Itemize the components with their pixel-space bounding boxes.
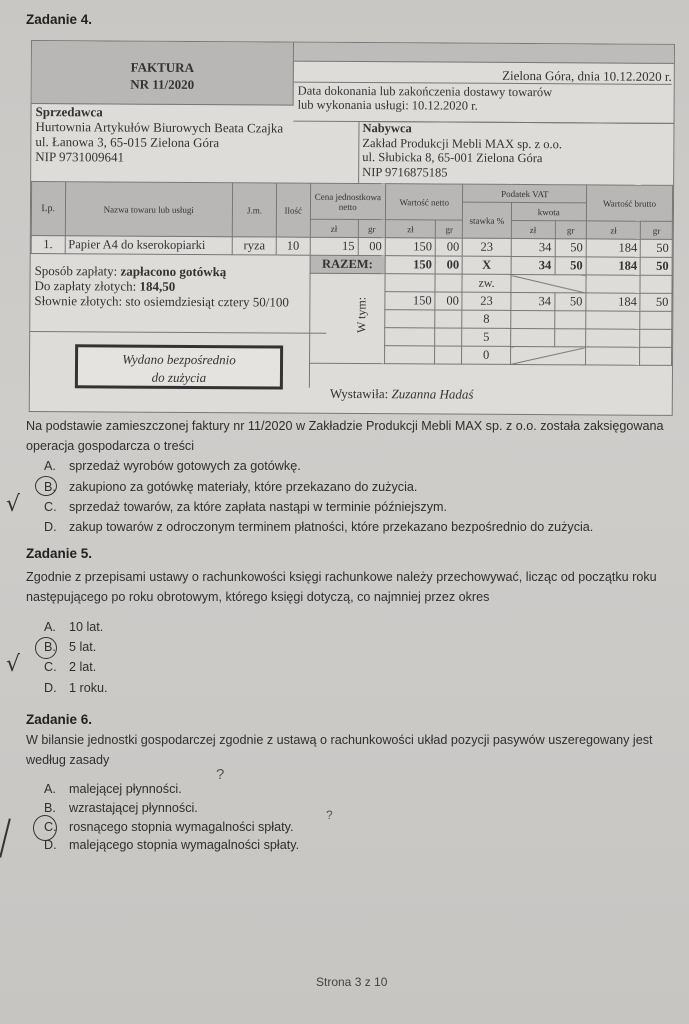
- bd-net-gr: [435, 328, 462, 346]
- buyer-nip: NIP 9716875185: [362, 165, 672, 181]
- task-6-title: Zadanie 6.: [26, 712, 92, 727]
- col-unit: J.m.: [232, 183, 276, 237]
- task-5-option-c[interactable]: C.2 lat.: [44, 660, 96, 674]
- bd-gross-gr: [640, 275, 672, 293]
- question-mark-icon: ?: [326, 808, 333, 822]
- col-zl: zł: [310, 219, 358, 237]
- issued-by-name: Zuzanna Hadaś: [391, 386, 473, 402]
- col-gross: Wartość brutto: [586, 185, 672, 222]
- item-price-zl: 15: [310, 237, 358, 255]
- option-text: malejącego stopnia wymagalności spłaty.: [69, 838, 299, 852]
- item-unit: ryza: [232, 237, 276, 255]
- task-4-option-d[interactable]: D.zakup towarów z odroczonym terminem pł…: [44, 520, 593, 534]
- task-4-option-b[interactable]: B.zakupiono za gotówkę materiały, które …: [44, 480, 417, 494]
- option-letter: D.: [44, 681, 69, 695]
- buyer-label: Nabywca: [362, 121, 411, 135]
- col-net-value: Wartość netto: [385, 184, 463, 220]
- total-net-zl: 150: [385, 256, 435, 274]
- bd-rate: zw.: [462, 274, 510, 292]
- option-letter: A.: [44, 782, 69, 796]
- task-5-option-d[interactable]: D.1 roku.: [44, 681, 108, 695]
- issued-by: Wystawiła: Zuzanna Hadaś: [330, 386, 474, 403]
- bd-net-zl: [385, 274, 435, 292]
- task-5-title: Zadanie 5.: [26, 546, 92, 561]
- task-6-option-a[interactable]: A.malejącej płynności.: [44, 782, 182, 796]
- invoice-buyer: Nabywca Zakład Produkcji Mebli MAX sp. z…: [362, 121, 672, 181]
- option-text: malejącej płynności.: [69, 782, 182, 796]
- stamp-line-1: Wydano bezpośrednio: [78, 350, 280, 369]
- option-text: 5 lat.: [69, 640, 96, 654]
- invoice-place-date: Zielona Góra, dnia 10.12.2020 r.: [294, 61, 672, 85]
- option-letter: D.: [44, 520, 69, 534]
- page-number: Strona 3 z 10: [316, 975, 387, 989]
- bd-net-gr: 00: [435, 292, 462, 310]
- bd-net-zl: [385, 310, 435, 328]
- bd-gross-zl: [586, 275, 641, 293]
- bd-vat-zl: 34: [510, 292, 554, 310]
- bd-gross-gr: [640, 329, 672, 347]
- bd-rate: 23: [462, 292, 510, 310]
- total-rate: X: [463, 256, 511, 274]
- col-gr: gr: [436, 220, 463, 238]
- item-net-zl: 150: [385, 238, 435, 256]
- bd-gross-zl: [586, 329, 641, 347]
- col-name: Nazwa towaru lub usługi: [65, 182, 233, 237]
- col-qty: Ilość: [276, 183, 310, 237]
- item-name: Papier A4 do kserokopiarki: [65, 236, 233, 255]
- task-5-question: Zgodnie z przepisami ustawy o rachunkowo…: [26, 567, 676, 607]
- buyer-address: ul. Słubicka 8, 65-001 Zielona Góra: [362, 150, 672, 166]
- task-6-option-c[interactable]: C.rosnącego stopnia wymagalności spłaty.: [44, 820, 293, 834]
- item-lp: 1.: [31, 236, 65, 254]
- bd-rate: 5: [462, 328, 510, 346]
- bd-net-zl: [385, 346, 435, 364]
- option-text: sprzedaż towarów, za które zapłata nastą…: [69, 500, 447, 514]
- col-zl: zł: [385, 220, 435, 238]
- invoice: FAKTURA NR 11/2020 Zielona Góra, dnia 10…: [29, 40, 675, 416]
- bd-gross-gr: [640, 311, 672, 329]
- option-text: 1 roku.: [69, 681, 108, 695]
- bd-vat-zl: [510, 328, 554, 346]
- task-4-option-c[interactable]: C.sprzedaż towarów, za które zapłata nas…: [44, 500, 447, 514]
- task-5-option-a[interactable]: A.10 lat.: [44, 620, 103, 634]
- invoice-header: FAKTURA NR 11/2020: [32, 41, 294, 106]
- bd-vat-gr: [554, 329, 586, 347]
- item-net-gr: 00: [435, 238, 462, 256]
- bd-rate: 8: [462, 310, 510, 328]
- col-lp: Lp.: [31, 182, 65, 236]
- total-vat-gr: 50: [555, 257, 587, 275]
- amount-due-label: Do zapłaty złotych:: [34, 278, 139, 294]
- bd-gross-gr: [640, 347, 672, 365]
- bd-gross-zl: [586, 347, 641, 365]
- option-letter: A.: [44, 620, 69, 634]
- option-text: zakupiono za gotówkę materiały, które pr…: [69, 480, 417, 494]
- checkmark-icon: √: [6, 492, 20, 517]
- answer-circle-mark: [33, 815, 57, 841]
- item-vat-gr: 50: [555, 239, 587, 257]
- invoice-title: FAKTURA: [32, 58, 293, 77]
- col-gr: gr: [358, 220, 385, 238]
- issued-by-label: Wystawiła:: [330, 386, 392, 401]
- col-zl: zł: [511, 220, 555, 238]
- amount-due: 184,50: [140, 279, 176, 294]
- col-gr: gr: [641, 221, 673, 239]
- payment-method: zapłacono gotówką: [120, 264, 226, 280]
- option-text: 10 lat.: [69, 620, 103, 634]
- invoice-number: NR 11/2020: [32, 75, 293, 94]
- seller-nip: NIP 9731009641: [35, 149, 360, 166]
- option-text: 2 lat.: [69, 660, 96, 674]
- bd-net-gr: [435, 310, 462, 328]
- bd-vat-zl: [510, 310, 554, 328]
- invoice-payment-info: Sposób zapłaty: zapłacono gotówką Do zap…: [34, 263, 334, 310]
- task-6-question: W bilansie jednostki gospodarczej zgodni…: [26, 730, 676, 770]
- option-letter: C.: [44, 500, 69, 514]
- invoice-seller: Sprzedawca Hurtownia Artykułów Biurowych…: [35, 104, 360, 166]
- bd-vat-gr: 50: [554, 293, 586, 311]
- breakdown-label: W tym:: [354, 297, 369, 333]
- option-text: wzrastającej płynności.: [69, 801, 198, 815]
- item-qty: 10: [276, 237, 310, 255]
- item-price-gr: 00: [358, 238, 385, 256]
- pen-stroke-mark: [0, 818, 10, 857]
- option-letter: C.: [44, 660, 69, 674]
- task-4-title: Zadanie 4.: [26, 12, 92, 27]
- bd-gross-zl: 184: [586, 293, 641, 311]
- total-gross-gr: 50: [641, 257, 673, 275]
- item-vat-zl: 34: [511, 238, 555, 256]
- option-letter: B.: [44, 801, 69, 815]
- col-gr: gr: [555, 221, 587, 239]
- stamp-line-2: do zużycia: [78, 368, 280, 387]
- amount-words-label: Słownie złotych:: [34, 293, 125, 309]
- option-text: zakup towarów z odroczonym terminem płat…: [69, 520, 593, 534]
- option-letter: A.: [44, 459, 69, 473]
- total-gross-zl: 184: [586, 257, 641, 275]
- payment-method-label: Sposób zapłaty:: [35, 263, 121, 279]
- col-vat-amount: kwota: [511, 202, 586, 220]
- question-mark-icon: ?: [216, 766, 224, 783]
- item-gross-gr: 50: [641, 239, 673, 257]
- bd-gross-gr: 50: [640, 293, 672, 311]
- bd-net-gr: [435, 346, 462, 364]
- stamp-box: Wydano bezpośrednio do zużycia: [75, 344, 283, 389]
- bd-vat-gr: [554, 311, 586, 329]
- task-4-option-a[interactable]: A.sprzedaż wyrobów gotowych za gotówkę.: [44, 459, 301, 473]
- total-net-gr: 00: [435, 256, 462, 274]
- answer-circle-mark: [35, 476, 57, 496]
- total-vat-zl: 34: [511, 256, 555, 274]
- task-4-question: Na podstawie zamieszczonej faktury nr 11…: [26, 416, 676, 456]
- bd-net-zl: 150: [385, 292, 435, 310]
- col-vat-rate: stawka %: [463, 202, 511, 238]
- item-rate: 23: [463, 238, 511, 256]
- col-unit-price: Cena jednostkowa netto: [310, 183, 386, 219]
- task-6-option-b[interactable]: B.wzrastającej płynności.: [44, 801, 198, 815]
- option-text: rosnącego stopnia wymagalności spłaty.: [69, 820, 293, 834]
- answer-circle-mark: [35, 637, 57, 659]
- bd-rate: 0: [462, 346, 510, 364]
- bd-gross-zl: [586, 311, 641, 329]
- bd-net-gr: [435, 274, 462, 292]
- col-zl: zł: [586, 221, 641, 239]
- item-gross-zl: 184: [586, 239, 641, 257]
- col-vat: Podatek VAT: [463, 184, 587, 203]
- task-6-option-d[interactable]: D.malejącego stopnia wymagalności spłaty…: [44, 838, 299, 852]
- seller-label: Sprzedawca: [36, 104, 103, 119]
- amount-words: sto osiemdziesiąt cztery 50/100: [125, 294, 289, 310]
- option-text: sprzedaż wyrobów gotowych za gotówkę.: [69, 459, 301, 473]
- bd-net-zl: [385, 328, 435, 346]
- checkmark-icon: √: [6, 652, 20, 677]
